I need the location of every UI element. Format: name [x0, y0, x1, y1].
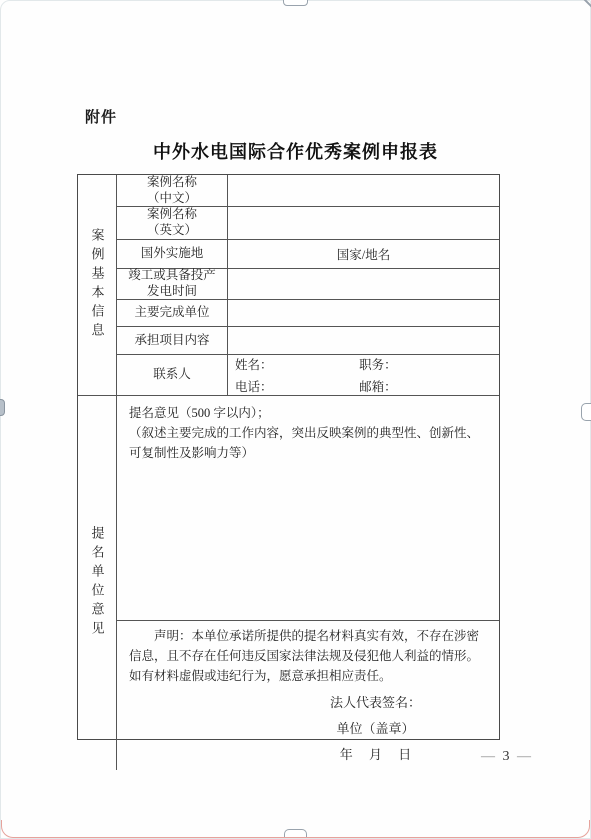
- row-label: 联系人: [117, 355, 228, 395]
- contact-phone-label: 电话：: [235, 377, 359, 395]
- row-label: 案例名称 （英文）: [117, 207, 228, 239]
- row-value: [228, 269, 499, 299]
- page-number-dash-right: —: [517, 749, 533, 764]
- signature-block: 法人代表签名： 单位（盖章） 年 月 日: [330, 692, 421, 766]
- declaration-cell: 声明：本单位承诺所提供的提名材料真实有效，不存在涉密信息，且不存在任何违反国家法…: [117, 621, 499, 770]
- legal-representative-signature-label: 法人代表签名：: [330, 692, 421, 714]
- crop-handle-bottom-icon[interactable]: [284, 829, 307, 837]
- contact-title-label: 职务：: [359, 355, 499, 373]
- table-row-case-name-en: 案例名称 （英文）: [117, 207, 499, 240]
- contact-name-label: 姓名：: [235, 355, 359, 373]
- section-nomination-header-text: 提名单位意见: [91, 526, 104, 640]
- attachment-label: 附件: [85, 106, 117, 127]
- table-row-contact: 联系人 姓名： 职务： 电话： 邮箱：: [117, 355, 499, 395]
- table-row-main-unit: 主要完成单位: [117, 300, 499, 327]
- row-value: [228, 175, 499, 206]
- row-value: [228, 327, 499, 354]
- table-row-project-content: 承担项目内容: [117, 327, 499, 355]
- nomination-opinion-cell: 提名意见（500 字以内）； （叙述主要完成的工作内容，突出反映案例的典型性、创…: [117, 396, 499, 621]
- contact-fields: 姓名： 职务： 电话： 邮箱：: [228, 355, 499, 395]
- section-basic-header-text: 案例基本信息: [91, 228, 104, 342]
- opinion-title: 提名意见（500 字以内）；: [129, 403, 489, 423]
- crop-handle-right-icon[interactable]: [581, 403, 591, 421]
- row-value: [228, 207, 499, 239]
- row-label: 案例名称 （中文）: [117, 175, 228, 206]
- row-value: [228, 300, 499, 326]
- table-row-completion-time: 竣工或具备投产 发电时间: [117, 269, 499, 300]
- document-title: 中外水电国际合作优秀案例申报表: [0, 138, 591, 164]
- scanned-page: 附件 中外水电国际合作优秀案例申报表 案例基本信息 案例名称 （中文） 案例名称…: [0, 0, 591, 839]
- corner-mark-icon: [581, 0, 591, 8]
- contact-email-label: 邮箱：: [359, 377, 499, 395]
- section-basic-info: 案例基本信息 案例名称 （中文） 案例名称 （英文） 国外实施地 国家/地名 竣…: [78, 175, 499, 396]
- unit-seal-label: 单位（盖章）: [330, 718, 421, 740]
- table-row-overseas-location: 国外实施地 国家/地名: [117, 240, 499, 269]
- declaration-text: 声明：本单位承诺所提供的提名材料真实有效，不存在涉密信息，且不存在任何违反国家法…: [129, 626, 489, 686]
- application-form-table: 案例基本信息 案例名称 （中文） 案例名称 （英文） 国外实施地 国家/地名 竣…: [77, 174, 500, 740]
- page-number-dash-left: —: [481, 749, 497, 764]
- opinion-hint: （叙述主要完成的工作内容，突出反映案例的典型性、创新性、可复制性及影响力等）: [129, 423, 489, 463]
- row-label: 国外实施地: [117, 240, 228, 268]
- row-value: 国家/地名: [228, 240, 499, 268]
- section-nomination-opinion: 提名单位意见 提名意见（500 字以内）； （叙述主要完成的工作内容，突出反映案…: [78, 396, 499, 770]
- section-basic-header: 案例基本信息: [78, 175, 117, 395]
- crop-handle-top-icon[interactable]: [283, 0, 308, 6]
- crop-handle-left-icon[interactable]: [0, 399, 5, 416]
- section-nomination-header: 提名单位意见: [78, 396, 117, 770]
- row-label: 竣工或具备投产 发电时间: [117, 269, 228, 299]
- table-row-case-name-cn: 案例名称 （中文）: [117, 175, 499, 207]
- page-number-value: 3: [503, 749, 512, 764]
- row-label: 承担项目内容: [117, 327, 228, 354]
- date-label: 年 月 日: [330, 744, 421, 766]
- page-number: — 3 —: [481, 749, 533, 765]
- row-label: 主要完成单位: [117, 300, 228, 326]
